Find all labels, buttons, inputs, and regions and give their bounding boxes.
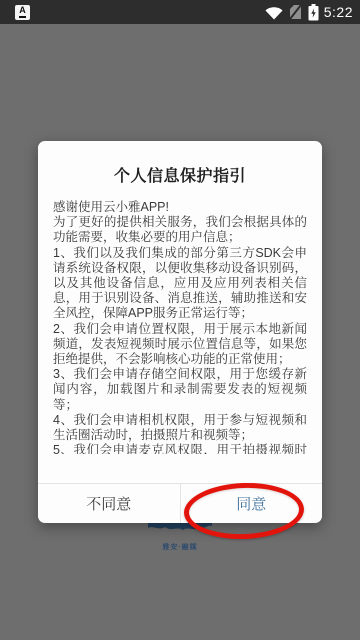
dialog-button-row: 不同意 同意	[38, 483, 322, 523]
notification-app-icon: A	[15, 5, 30, 20]
wifi-icon	[265, 5, 283, 20]
disagree-button[interactable]: 不同意	[38, 484, 181, 523]
privacy-paragraph: 3、我们会申请存储空间权限，用于您缓存新闻内容，加载图片和录制需要发表的短视频等…	[53, 367, 307, 413]
app-icon-letter: A	[19, 6, 26, 15]
privacy-paragraph: 5、我们会申请麦克风权限，用于拍摄视频时录制声音等；	[53, 443, 307, 454]
dialog-body-scroll[interactable]: 感谢使用云小雅APP! 为了更好的提供相关服务，我们会根据具体的功能需要，收集必…	[38, 200, 322, 454]
privacy-dialog: 个人信息保护指引 感谢使用云小雅APP! 为了更好的提供相关服务，我们会根据具体…	[38, 141, 322, 523]
status-bar: A 5:22	[0, 0, 360, 24]
privacy-paragraph: 4、我们会申请相机权限，用于参与短视频和生活圈活动时，拍摄照片和视频等；	[53, 413, 307, 443]
battery-charging-icon	[308, 4, 319, 21]
privacy-paragraph: 2、我们会申请位置权限，用于展示本地新闻频道，发表短视频时展示位置信息等，如果您…	[53, 322, 307, 368]
logo-caption: 雅安·融媒	[140, 542, 220, 552]
no-sim-icon	[288, 4, 303, 20]
status-bar-right: 5:22	[265, 4, 360, 21]
app-icon-underline	[19, 16, 26, 18]
privacy-paragraph: 为了更好的提供相关服务，我们会根据具体的功能需要，收集必要的用户信息；	[53, 215, 307, 245]
privacy-paragraph: 1、我们以及我们集成的部分第三方SDK会申请系统设备权限，以便收集移动设备识别码…	[53, 246, 307, 322]
clock: 5:22	[324, 4, 353, 20]
dialog-title: 个人信息保护指引	[38, 163, 322, 186]
privacy-paragraph: 感谢使用云小雅APP!	[53, 200, 307, 215]
phone-screen: A 5:22 雅安·融媒 个人信息保护指引	[0, 0, 360, 640]
agree-button[interactable]: 同意	[181, 484, 323, 523]
